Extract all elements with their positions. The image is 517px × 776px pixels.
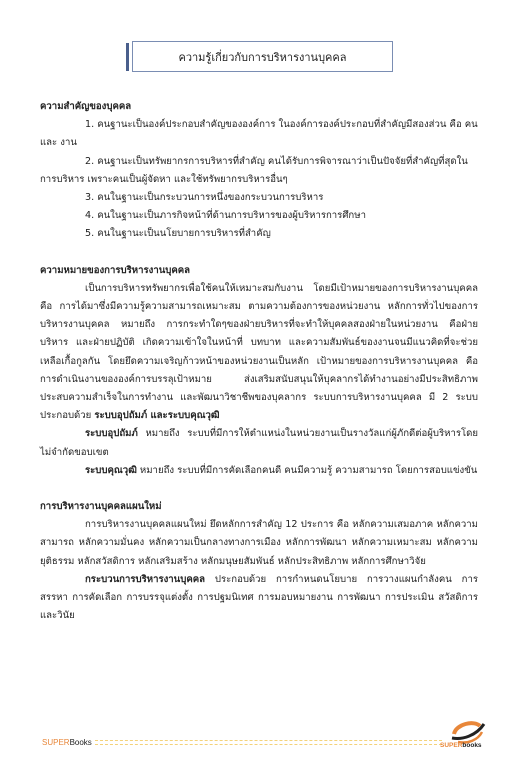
document-page: ความรู้เกี่ยวกับการบริหารงานบุคคล ความสำ… (0, 0, 517, 776)
paragraph-process: กระบวนการบริหารงานบุคคล ประกอบด้วย การกำ… (40, 571, 478, 626)
footer-dashed-rule (95, 740, 442, 745)
paragraph-modern: การบริหารงานบุคคลแผนใหม่ ยึดหลักการสำคัญ… (40, 516, 478, 571)
section-heading-meaning: ความหมายของการบริหารงานบุคคล (40, 262, 478, 280)
footer-brand-super: SUPER (42, 738, 70, 747)
list-item: 2. คนฐานะเป็นทรัพยากรการบริหารที่สำคัญ ค… (40, 153, 478, 189)
paragraph-meaning: เป็นการบริหารทรัพยากรเพื่อใช้คนให้เหมาะส… (40, 280, 478, 426)
section-heading-importance: ความสำคัญของบุคคล (40, 98, 478, 116)
footer-brand-books: Books (70, 738, 92, 747)
definition-term: ระบบคุณวุฒิ (85, 465, 137, 476)
definition-merit: ระบบคุณวุฒิ หมายถึง ระบบที่มีการคัดเลือก… (40, 462, 478, 480)
definition-text: หมายถึง ระบบที่มีการคัดเลือกคนดี คนมีควา… (137, 465, 477, 476)
paragraph-text: เป็นการบริหารทรัพยากรเพื่อใช้คนให้เหมาะส… (40, 283, 478, 421)
spacer (40, 244, 478, 262)
page-title: ความรู้เกี่ยวกับการบริหารงานบุคคล (132, 41, 393, 72)
logo-books: books (462, 742, 481, 749)
definition-patronage: ระบบอุปถัมภ์ หมายถึง ระบบที่มีการให้ตำแห… (40, 425, 478, 461)
title-accent-bar (126, 43, 129, 71)
spacer (40, 480, 478, 498)
footer: SUPERBooks (42, 735, 442, 749)
logo-wordmark: SUPERbooks (440, 742, 482, 749)
document-body: ความสำคัญของบุคคล 1. คนฐานะเป็นองค์ประกอ… (40, 98, 478, 625)
paragraph-bold-tail: ระบบอุปถัมภ์ และระบบคุณวุฒิ (94, 410, 219, 421)
list-item: 4. คนในฐานะเป็นภารกิจหน้าที่ด้านการบริหา… (40, 207, 478, 225)
list-item: 1. คนฐานะเป็นองค์ประกอบสำคัญขององค์การ ใ… (40, 116, 478, 152)
list-item: 3. คนในฐานะเป็นกระบวนการหนึ่งของกระบวนกา… (40, 189, 478, 207)
logo-super: SUPER (440, 742, 462, 749)
section-heading-modern: การบริหารงานบุคคลแผนใหม่ (40, 498, 478, 516)
list-item: 5. คนในฐานะเป็นนโยบายการบริหารที่สำคัญ (40, 225, 478, 243)
process-term: กระบวนการบริหารงานบุคคล (85, 574, 205, 585)
definition-term: ระบบอุปถัมภ์ (85, 428, 138, 439)
